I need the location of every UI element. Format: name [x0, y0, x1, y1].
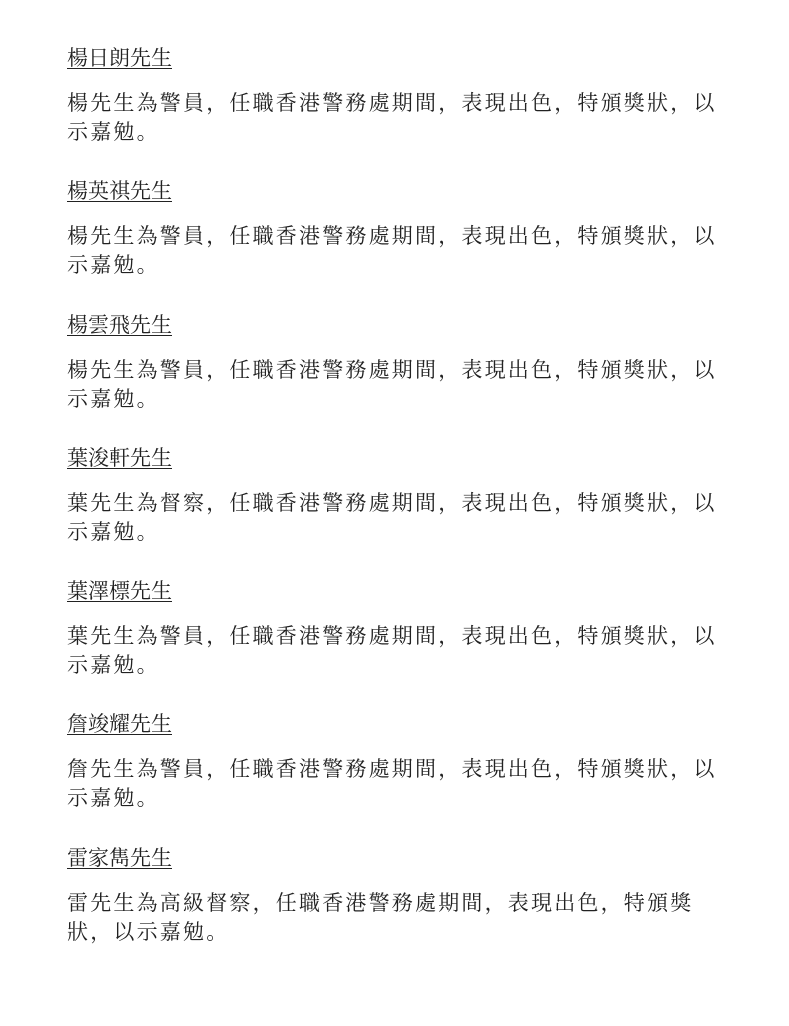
- award-entry: 楊英祺先生 楊先生為警員，任職香港警務處期間，表現出色，特頒獎狀，以示嘉勉。: [67, 177, 737, 280]
- awardee-name: 楊英祺先生: [67, 177, 172, 205]
- award-entry: 詹竣耀先生 詹先生為警員，任職香港警務處期間，表現出色，特頒獎狀，以示嘉勉。: [67, 710, 737, 813]
- awardee-name: 雷家雋先生: [67, 844, 172, 872]
- award-description: 雷先生為高級督察，任職香港警務處期間，表現出色，特頒獎狀，以示嘉勉。: [67, 889, 732, 947]
- award-description: 楊先生為警員，任職香港警務處期間，表現出色，特頒獎狀，以示嘉勉。: [67, 89, 732, 147]
- award-entry: 葉澤標先生 葉先生為警員，任職香港警務處期間，表現出色，特頒獎狀，以示嘉勉。: [67, 577, 737, 680]
- award-description: 楊先生為警員，任職香港警務處期間，表現出色，特頒獎狀，以示嘉勉。: [67, 356, 732, 414]
- award-entry: 楊雲飛先生 楊先生為警員，任職香港警務處期間，表現出色，特頒獎狀，以示嘉勉。: [67, 311, 737, 414]
- awardee-name: 葉浚軒先生: [67, 444, 172, 472]
- award-description: 葉先生為督察，任職香港警務處期間，表現出色，特頒獎狀，以示嘉勉。: [67, 489, 732, 547]
- award-entry: 楊日朗先生 楊先生為警員，任職香港警務處期間，表現出色，特頒獎狀，以示嘉勉。: [67, 44, 737, 147]
- award-entry: 葉浚軒先生 葉先生為督察，任職香港警務處期間，表現出色，特頒獎狀，以示嘉勉。: [67, 444, 737, 547]
- awardee-name: 詹竣耀先生: [67, 710, 172, 738]
- awardee-name: 楊日朗先生: [67, 44, 172, 72]
- awardee-name: 楊雲飛先生: [67, 311, 172, 339]
- award-entry: 雷家雋先生 雷先生為高級督察，任職香港警務處期間，表現出色，特頒獎狀，以示嘉勉。: [67, 844, 737, 947]
- award-description: 詹先生為警員，任職香港警務處期間，表現出色，特頒獎狀，以示嘉勉。: [67, 755, 732, 813]
- award-description: 葉先生為警員，任職香港警務處期間，表現出色，特頒獎狀，以示嘉勉。: [67, 622, 732, 680]
- awardee-name: 葉澤標先生: [67, 577, 172, 605]
- award-description: 楊先生為警員，任職香港警務處期間，表現出色，特頒獎狀，以示嘉勉。: [67, 222, 732, 280]
